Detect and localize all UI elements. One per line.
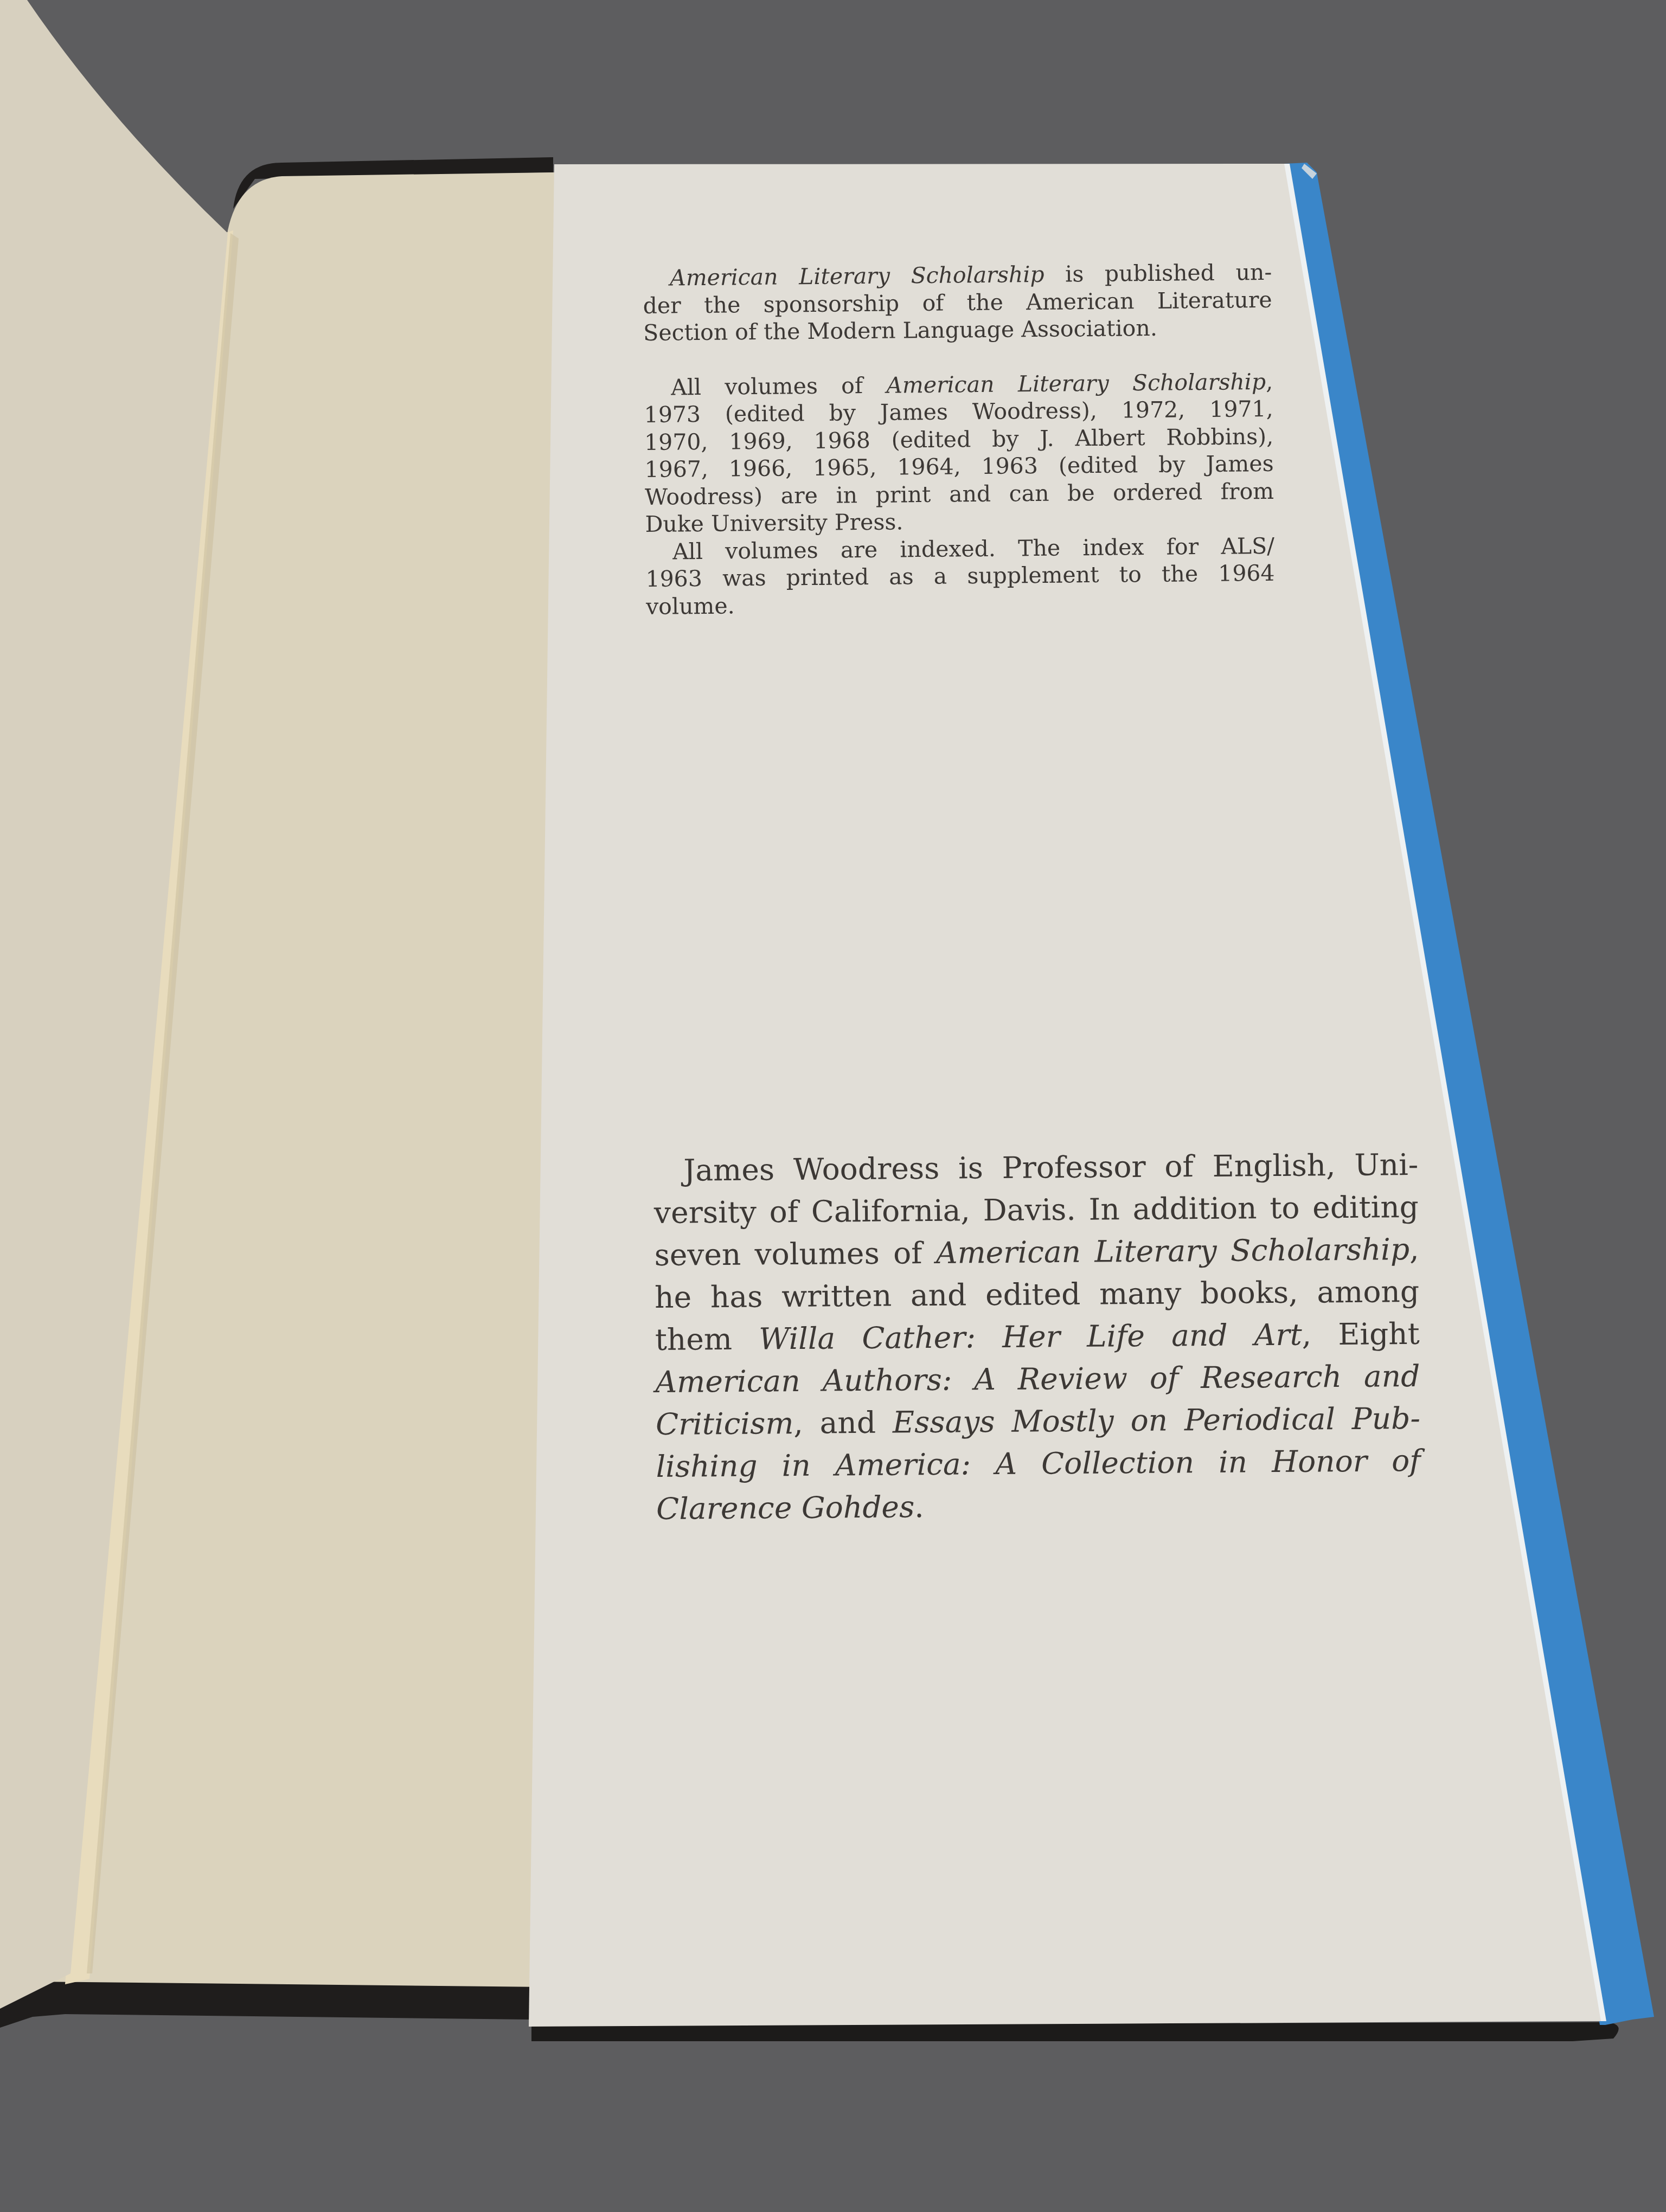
text-fragment: is published un- (1044, 259, 1272, 287)
text-line: Clarence Gohdes. (656, 1482, 1421, 1530)
text-fragment: , (1266, 368, 1273, 394)
text-line: Criticism, and Essays Mostly on Periodic… (656, 1397, 1421, 1445)
italic-title: Essays Mostly on Periodical Pub- (893, 1401, 1421, 1440)
text-fragment: seven volumes of (654, 1236, 936, 1272)
italic-title: American Literary Scholarship (886, 368, 1266, 398)
text-fragment: . (914, 1489, 924, 1524)
text-line: James Woodress is Professor of English, … (653, 1143, 1419, 1192)
italic-title: American Literary Scholarship (936, 1232, 1410, 1270)
italic-title: Criticism (656, 1406, 794, 1442)
text-fragment: , Eight (1302, 1316, 1420, 1352)
text-fragment: them (655, 1321, 759, 1357)
italic-title: lishing in America: A Collection in Hono… (656, 1443, 1420, 1484)
italic-title: American Literary Scholarship (670, 261, 1045, 291)
text-line: lishing in America: A Collection in Hono… (656, 1439, 1421, 1488)
text-fragment: , and (793, 1405, 893, 1441)
italic-title: Willa Cather: Her Life and Art (759, 1317, 1302, 1356)
text-line: seven volumes of American Literary Schol… (654, 1228, 1419, 1276)
flap-author-bio: James Woodress is Professor of English, … (653, 1143, 1421, 1530)
text-fragment: , (1409, 1232, 1419, 1266)
italic-title: Clarence Gohdes (656, 1489, 915, 1526)
text-fragment: All volumes of (671, 372, 887, 400)
text-line: American Authors: A Review of Research a… (655, 1355, 1420, 1403)
italic-title: American Authors: A Review of Research a… (655, 1359, 1420, 1399)
flap-publisher-note: American Literary Scholarship is publish… (643, 259, 1275, 620)
text-line: versity of California, Davis. In additio… (654, 1186, 1419, 1234)
text-line: he has written and edited many books, am… (655, 1270, 1420, 1319)
text-line: them Willa Cather: Her Life and Art, Eig… (655, 1313, 1420, 1361)
